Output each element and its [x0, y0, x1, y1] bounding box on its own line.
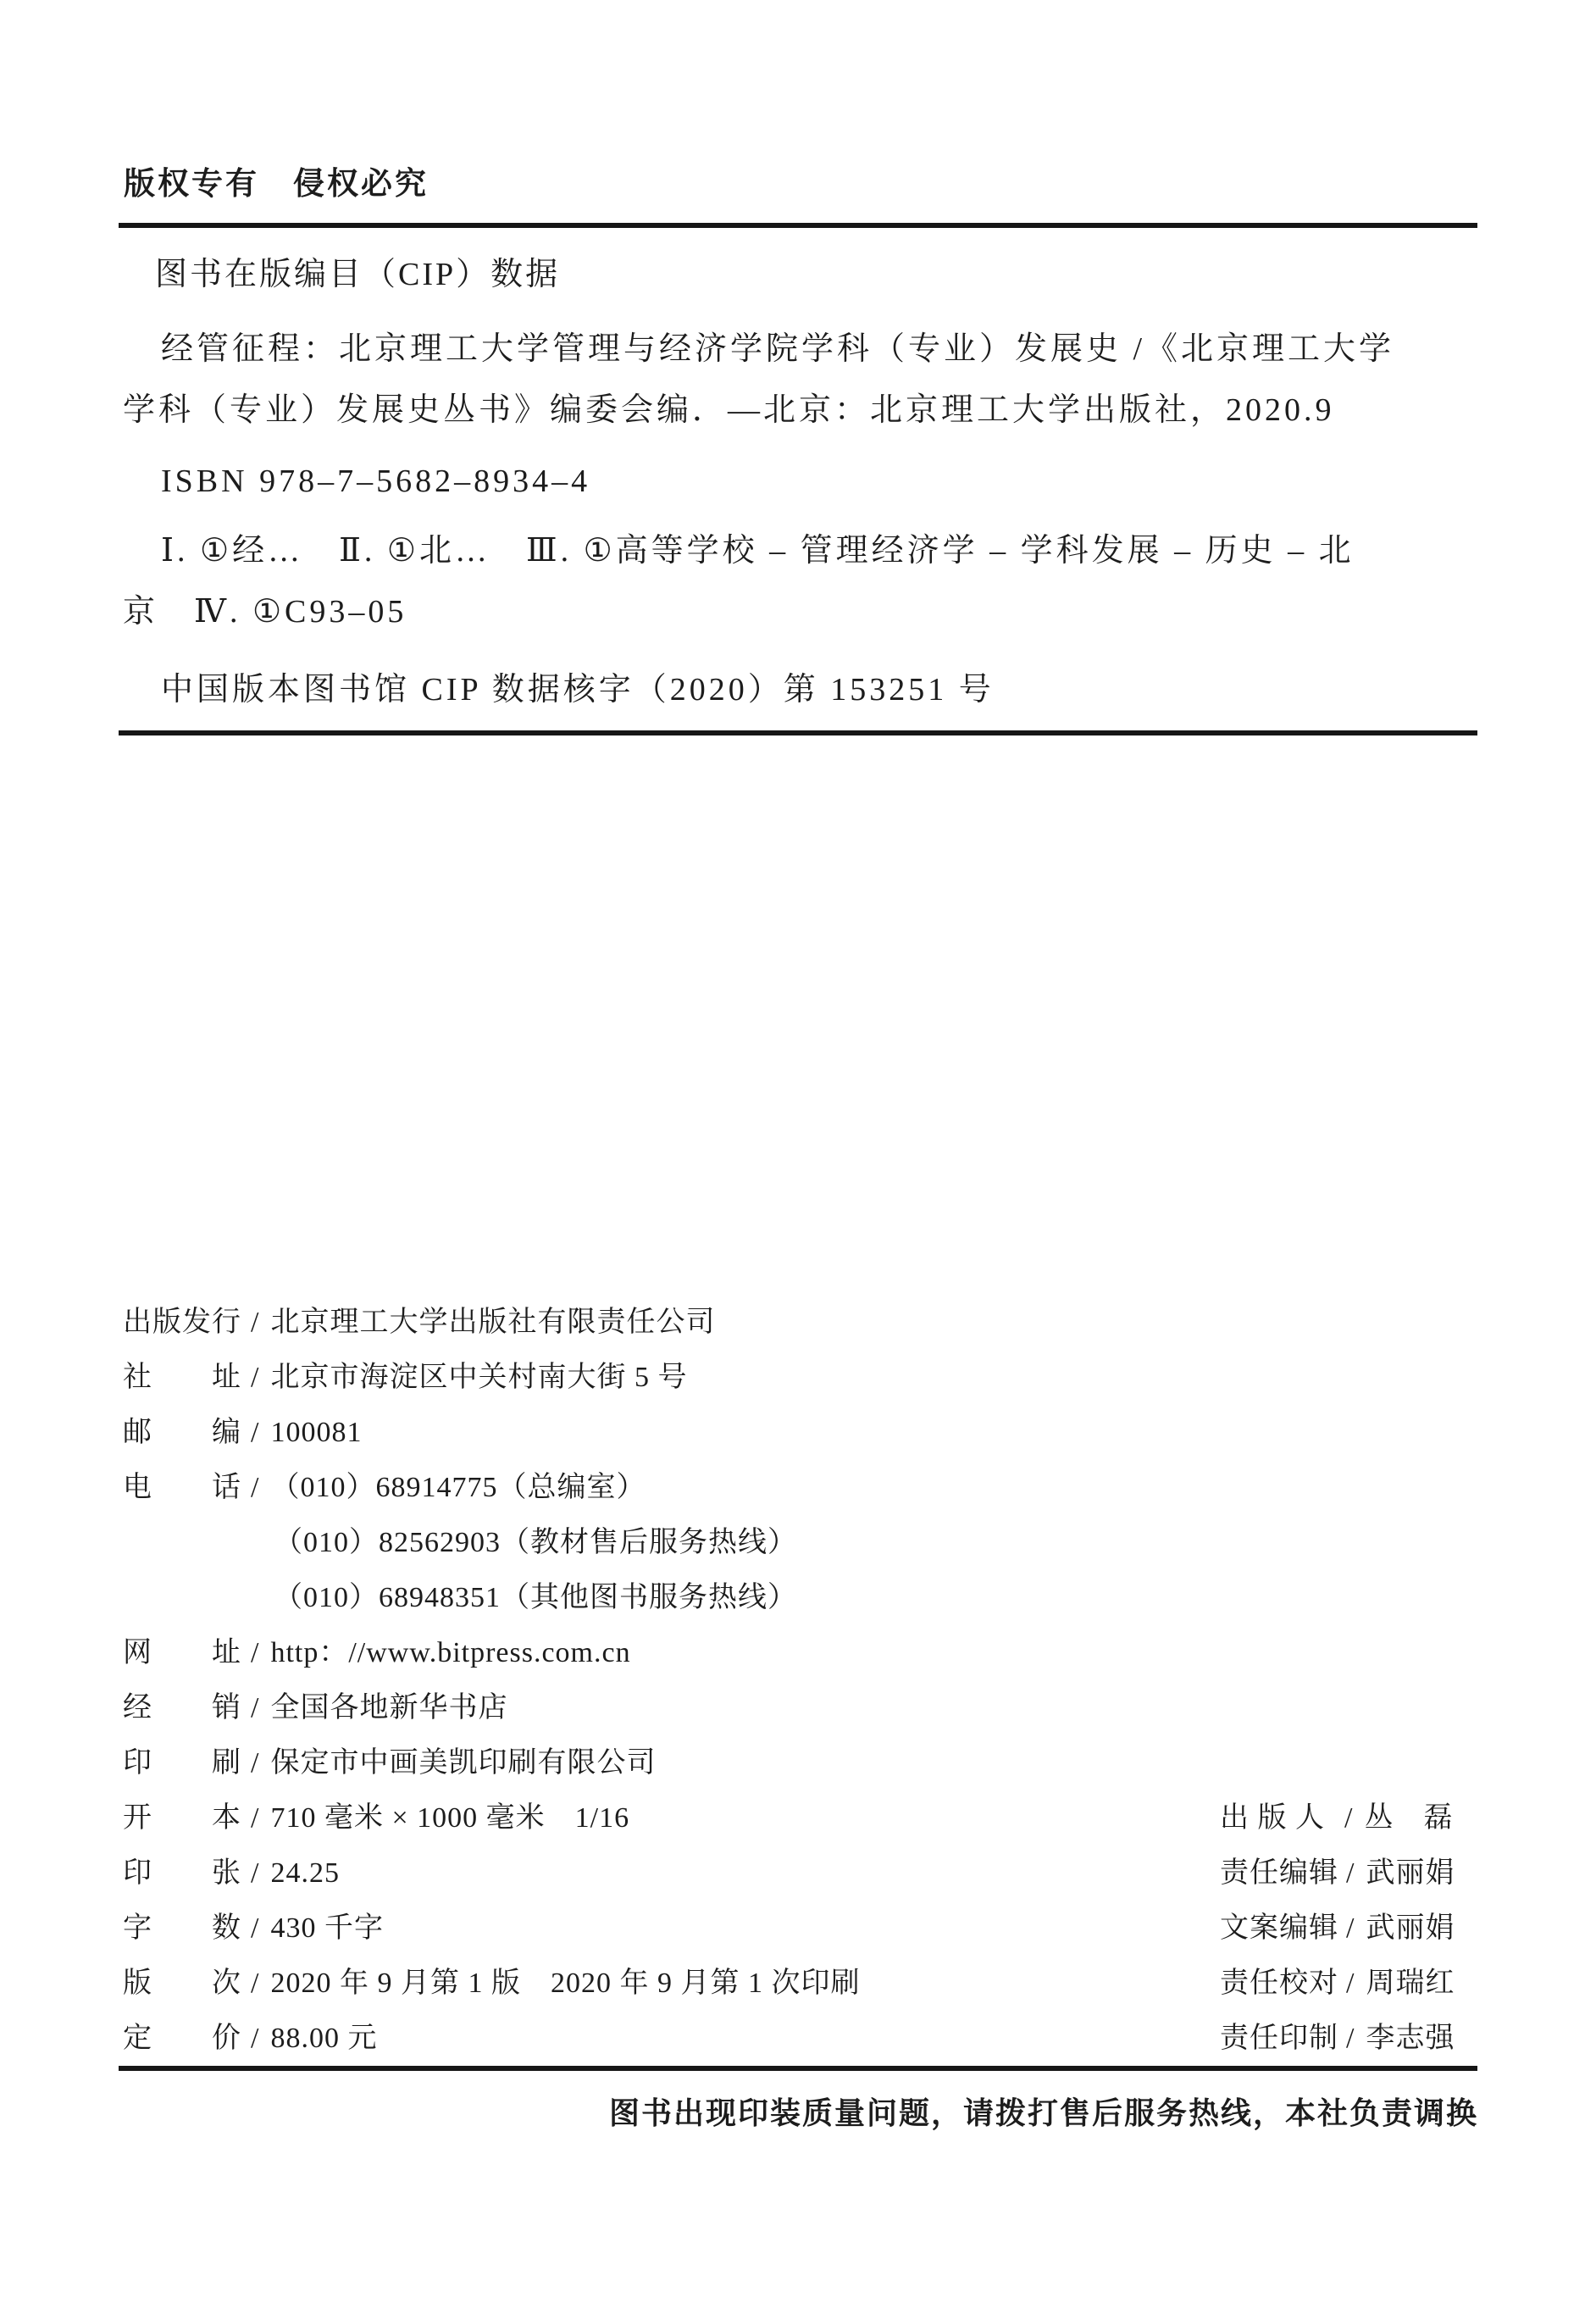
row-label: 网 址 — [123, 1625, 243, 1680]
row-label: 定 价 — [123, 2011, 243, 2066]
slash-separator: / — [243, 1802, 270, 1834]
website-url: http：//www.bitpress.com.cn — [270, 1637, 630, 1668]
staff-executive-editor: 责任编辑/武丽娟 — [1220, 1846, 1455, 1901]
staff-name: 武丽娟 — [1366, 1857, 1455, 1889]
colophon-section: 出版发行/北京理工大学出版社有限责任公司 社 址/北京市海淀区中关村南大街 5 … — [123, 1295, 1482, 2066]
colophon-row-address: 社 址/北京市海淀区中关村南大街 5 号 — [123, 1350, 1482, 1405]
copyright-notice: 版权专有 侵权必究 — [124, 158, 429, 203]
staff-name: 李志强 — [1366, 2023, 1455, 2054]
staff-role: 文案编辑 — [1220, 1901, 1338, 1956]
row-label: 出版发行 — [123, 1295, 243, 1350]
cip-classification-line-2: 京 Ⅳ. ①C93–05 — [123, 581, 1482, 642]
row-value: 100081 — [270, 1417, 362, 1448]
cip-record-block: 中国版本图书馆 CIP 数据核字（2020）第 153251 号 — [123, 659, 1482, 720]
cip-heading: 图书在版编目（CIP）数据 — [123, 244, 1482, 305]
staff-proofreader: 责任校对/周瑞红 — [1220, 1956, 1455, 2011]
slash-separator: / — [243, 1417, 270, 1448]
row-label: 开 本 — [123, 1790, 243, 1846]
cip-isbn-block: ISBN 978–7–5682–8934–4 — [123, 451, 1482, 512]
cip-isbn: ISBN 978–7–5682–8934–4 — [123, 451, 1482, 512]
row-value: 保定市中画美凯印刷有限公司 — [270, 1747, 656, 1779]
slash-separator: / — [1338, 2023, 1366, 2054]
row-label: 印 张 — [123, 1846, 243, 1901]
colophon-row-postcode: 邮 编/100081 — [123, 1405, 1482, 1460]
slash-separator: / — [1338, 1857, 1366, 1889]
cip-classification-line-1: Ⅰ. ①经… Ⅱ. ①北… Ⅲ. ①高等学校 – 管理经济学 – 学科发展 – … — [123, 520, 1482, 581]
slash-separator: / — [243, 1692, 270, 1723]
colophon-row-distribution: 经 销/全国各地新华书店 — [123, 1680, 1482, 1735]
slash-separator: / — [243, 1857, 270, 1889]
colophon-row-phone-3: （010）68948351（其他图书服务热线） — [123, 1570, 1482, 1625]
staff-role: 责任编辑 — [1220, 1846, 1338, 1901]
copyright-page: 版权专有 侵权必究 图书在版编目（CIP）数据 经管征程：北京理工大学管理与经济… — [0, 0, 1596, 2309]
row-value: 430 千字 — [270, 1912, 384, 1944]
staff-name: 武丽娟 — [1366, 1912, 1455, 1944]
cip-description-line-1: 经管征程：北京理工大学管理与经济学院学科（专业）发展史 /《北京理工大学 — [123, 319, 1482, 380]
slash-separator: / — [243, 1747, 270, 1779]
staff-print-supervisor: 责任印制/李志强 — [1220, 2011, 1455, 2066]
colophon-row-phone-2: （010）82562903（教材售后服务热线） — [123, 1515, 1482, 1570]
row-value: （010）68914775（总编室） — [270, 1472, 646, 1503]
row-value: 全国各地新华书店 — [270, 1692, 507, 1723]
slash-separator: / — [243, 1472, 270, 1503]
colophon-row-publisher: 出版发行/北京理工大学出版社有限责任公司 — [123, 1295, 1482, 1350]
cip-record-number: 中国版本图书馆 CIP 数据核字（2020）第 153251 号 — [123, 659, 1482, 720]
row-label: 经 销 — [123, 1680, 243, 1735]
staff-role: 责任印制 — [1220, 2011, 1338, 2066]
cip-section: 图书在版编目（CIP）数据 经管征程：北京理工大学管理与经济学院学科（专业）发展… — [123, 244, 1482, 720]
row-value: （010）68948351（其他图书服务热线） — [274, 1582, 797, 1613]
divider-bottom — [119, 2066, 1477, 2071]
cip-description-line-2: 学科（专业）发展史丛书》编委会编．—北京：北京理工大学出版社，2020.9 — [123, 380, 1482, 441]
staff-publisher: 出 版 人/丛 磊 — [1220, 1790, 1453, 1846]
colophon-row-sheets: 印 张/24.25 责任编辑/武丽娟 — [123, 1846, 1482, 1901]
colophon-row-wordcount: 字 数/430 千字 文案编辑/武丽娟 — [123, 1901, 1482, 1956]
row-value: 北京市海淀区中关村南大街 5 号 — [270, 1362, 687, 1393]
colophon-row-price: 定 价/88.00 元 责任印制/李志强 — [123, 2011, 1482, 2066]
row-label: 电 话 — [123, 1460, 243, 1515]
row-value: 2020 年 9 月第 1 版 2020 年 9 月第 1 次印刷 — [270, 1968, 860, 1999]
slash-separator: / — [243, 2023, 270, 2054]
row-value: 北京理工大学出版社有限责任公司 — [270, 1307, 715, 1338]
row-label: 印 刷 — [123, 1735, 243, 1790]
staff-name: 周瑞红 — [1366, 1968, 1455, 1999]
slash-separator: / — [1337, 1802, 1364, 1834]
slash-separator: / — [243, 1968, 270, 1999]
row-label: 版 次 — [123, 1956, 243, 2011]
row-value: 710 毫米 × 1000 毫米 1/16 — [270, 1802, 629, 1834]
slash-separator: / — [1338, 1968, 1366, 1999]
staff-role: 出 版 人 — [1220, 1790, 1337, 1846]
row-value: 88.00 元 — [270, 2023, 377, 2054]
row-label: 字 数 — [123, 1901, 243, 1956]
slash-separator: / — [243, 1637, 270, 1668]
staff-name: 丛 磊 — [1364, 1802, 1453, 1834]
staff-role: 责任校对 — [1220, 1956, 1338, 2011]
staff-copy-editor: 文案编辑/武丽娟 — [1220, 1901, 1455, 1956]
slash-separator: / — [1338, 1912, 1366, 1944]
slash-separator: / — [243, 1307, 270, 1338]
slash-separator: / — [243, 1912, 270, 1944]
row-value: 24.25 — [270, 1857, 340, 1889]
colophon-row-website: 网 址/http：//www.bitpress.com.cn — [123, 1625, 1482, 1680]
row-label: 社 址 — [123, 1350, 243, 1405]
colophon-row-phone: 电 话/（010）68914775（总编室） — [123, 1460, 1482, 1515]
divider-middle — [119, 730, 1477, 735]
row-label: 邮 编 — [123, 1405, 243, 1460]
slash-separator: / — [243, 1362, 270, 1393]
colophon-row-edition: 版 次/2020 年 9 月第 1 版 2020 年 9 月第 1 次印刷 责任… — [123, 1956, 1482, 2011]
colophon-row-format: 开 本/710 毫米 × 1000 毫米 1/16 出 版 人/丛 磊 — [123, 1790, 1482, 1846]
row-value: （010）82562903（教材售后服务热线） — [274, 1527, 797, 1558]
cip-classification: Ⅰ. ①经… Ⅱ. ①北… Ⅲ. ①高等学校 – 管理经济学 – 学科发展 – … — [123, 520, 1482, 642]
divider-top — [119, 223, 1477, 228]
quality-notice: 图书出现印装质量问题，请拨打售后服务热线，本社负责调换 — [123, 2090, 1478, 2133]
cip-description: 经管征程：北京理工大学管理与经济学院学科（专业）发展史 /《北京理工大学 学科（… — [123, 319, 1482, 441]
colophon-row-printing: 印 刷/保定市中画美凯印刷有限公司 — [123, 1735, 1482, 1790]
